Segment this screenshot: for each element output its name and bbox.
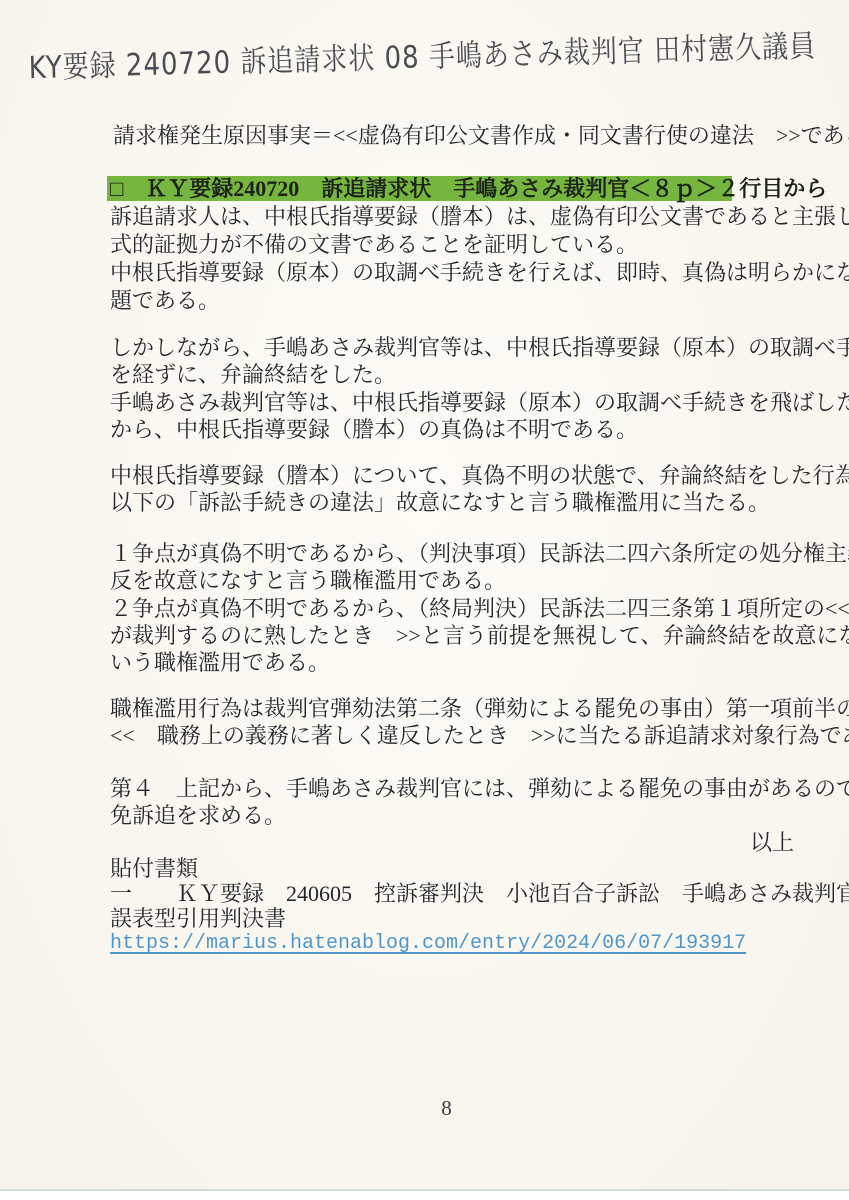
doc-line: ２争点が真偽不明であるから、（終局判決）民訴法二四三条第１項所定の<<訴訟: [110, 596, 800, 622]
document-link[interactable]: https://marius.hatenablog.com/entry/2024…: [110, 931, 800, 957]
attachments-heading: 貼付書類: [110, 856, 800, 882]
doc-line: 反を故意になすと言う職権濫用である。: [110, 568, 800, 594]
highlighted-heading: □ ＫＹ要録240720 訴追請求状 手嶋あさみ裁判官＜８ｐ＞２行目から: [107, 176, 732, 201]
doc-line: 手嶋あさみ裁判官等は、中根氏指導要録（原本）の取調べ手続きを飛ばしたこと: [110, 390, 800, 416]
doc-line: 職権濫用行為は裁判官弾劾法第二条（弾劾による罷免の事由）第一項前半の規定: [110, 696, 800, 722]
doc-line: から、中根氏指導要録（謄本）の真偽は不明である。: [110, 417, 800, 443]
doc-line: を経ずに、弁論終結をした。: [110, 362, 800, 388]
doc-line: 式的証拠力が不備の文書であることを証明している。: [110, 232, 800, 258]
page-number: 8: [22, 1096, 849, 1121]
doc-line: が裁判するのに熟したとき >>と言う前提を無視して、弁論終結を故意になすと: [110, 623, 800, 649]
scan-edge-artifact: [0, 1189, 849, 1200]
attachment-item-line1: 一 ＫＹ要録 240605 控訴審判決 小池百合子訴訟 手嶋あさみ裁判官 正: [110, 881, 800, 907]
doc-line: 題である。: [110, 288, 800, 314]
doc-line: 以下の「訴訟手続きの違法」故意になすと言う職権濫用に当たる。: [110, 490, 800, 516]
doc-line: << 職務上の義務に著しく違反したとき >>に当たる訴追請求対象行為である。: [110, 723, 800, 749]
closing-ijou: 以上: [110, 830, 794, 856]
doc-line: 中根氏指導要録（原本）の取調べ手続きを行えば、即時、真偽は明らかになる命: [110, 260, 800, 286]
doc-line: しかしながら、手嶋あさみ裁判官等は、中根氏指導要録（原本）の取調べ手続き: [110, 335, 800, 361]
doc-intro-line: 請求権発生原因事実＝<<虚偽有印公文書作成・同文書行使の違法 >>である。: [113, 123, 803, 149]
doc-line: 免訴追を求める。: [110, 803, 800, 829]
doc-line: いう職権濫用である。: [110, 650, 800, 676]
scanned-document-page: KY要録 240720 訴追請求状 08 手嶋あさみ裁判官 田村憲久議員 請求権…: [0, 0, 849, 1200]
handwritten-title: KY要録 240720 訴追請求状 08 手嶋あさみ裁判官 田村憲久議員: [28, 21, 839, 87]
doc-line: 第４ 上記から、手嶋あさみ裁判官には、弾劾による罷免の事由があるので、罷: [110, 776, 800, 802]
doc-line: 訴追請求人は、中根氏指導要録（謄本）は、虚偽有印公文書であると主張し、形: [110, 204, 800, 230]
attachment-item-line2: 誤表型引用判決書: [110, 906, 800, 932]
doc-line: １争点が真偽不明であるから、（判決事項）民訴法二四六条所定の処分権主義違: [110, 541, 800, 567]
doc-line: 中根氏指導要録（謄本）について、真偽不明の状態で、弁論終結をした行為は、: [110, 463, 800, 489]
